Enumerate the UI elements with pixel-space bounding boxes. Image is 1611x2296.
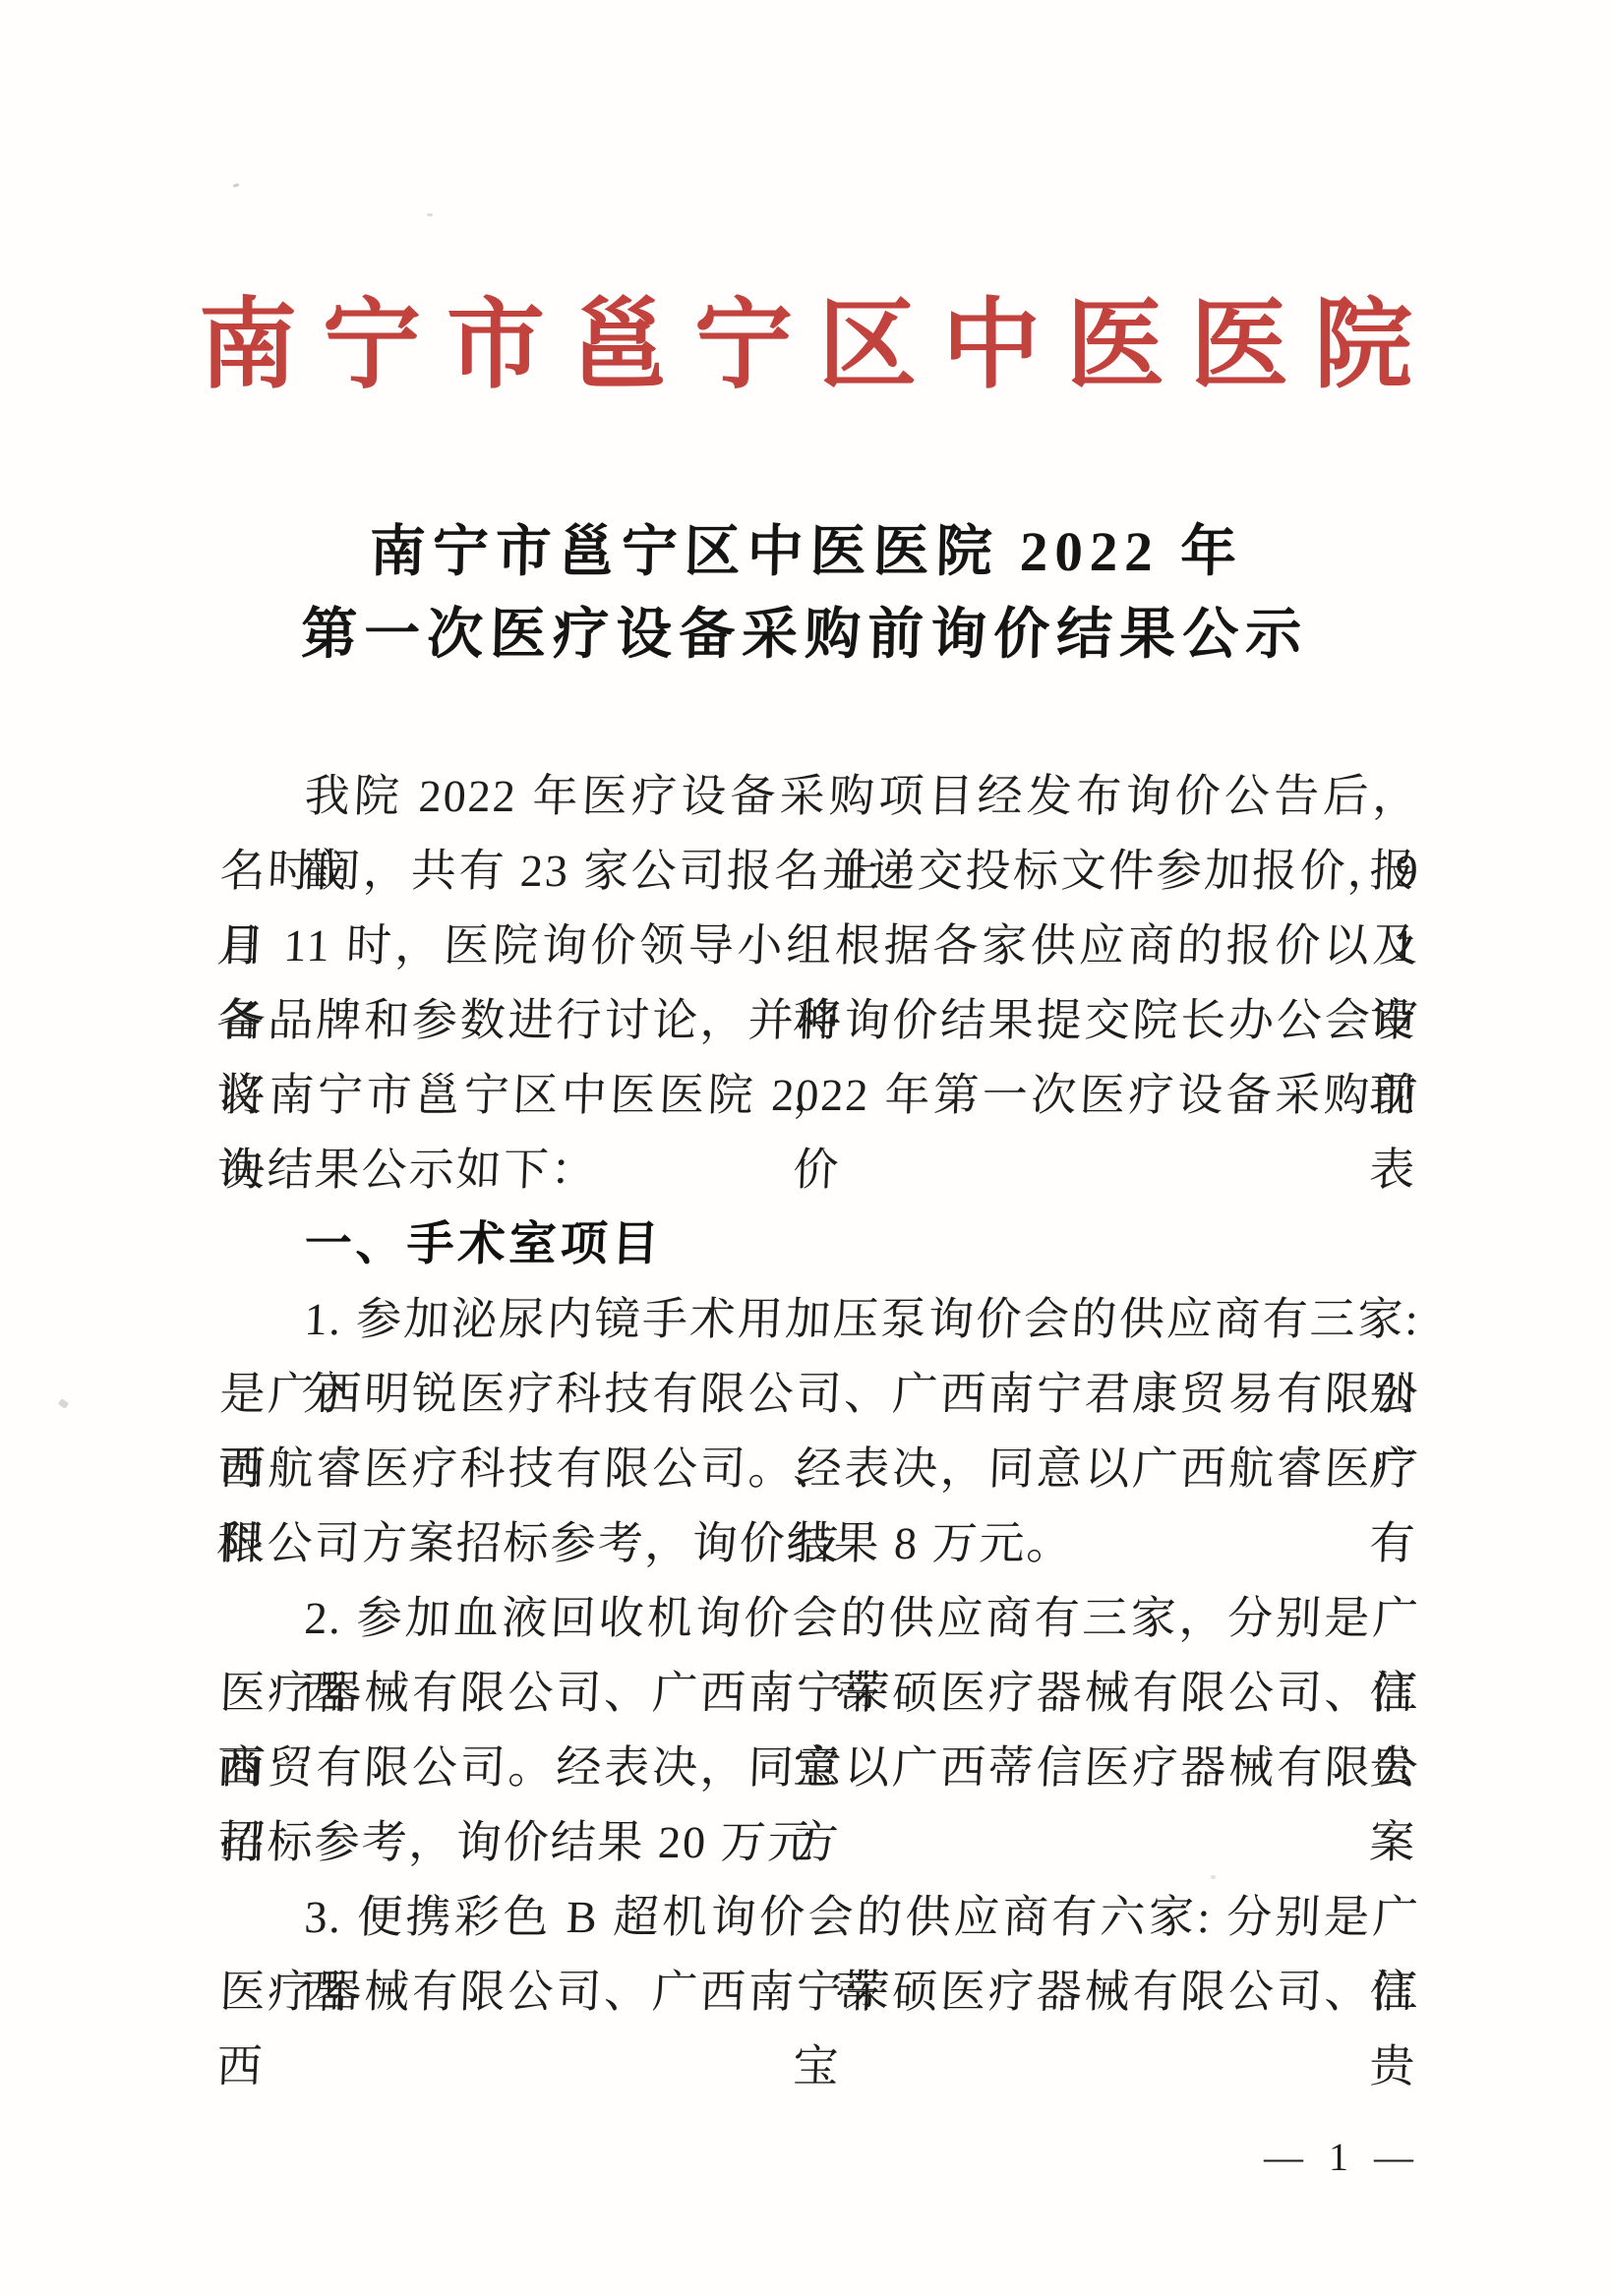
body-line: 名时间，共有 23 家公司报名并递交投标文件参加报价，9 月 1 [218,834,1421,909]
body-line: 是广西明锐医疗科技有限公司、广西南宁君康贸易有限公司、广 [218,1357,1421,1432]
page-number: — 1 — [1264,2136,1421,2179]
hospital-letterhead: 南宁市邕宁区中医医院 [0,291,1611,401]
body-line: 将南宁市邕宁区中医医院 2022 年第一次医疗设备采购前询价表 [218,1058,1421,1133]
body-line: 1. 参加泌尿内镜手术用加压泵询价会的供应商有三家: 分别 [218,1282,1421,1357]
scan-speck [233,183,240,188]
body-line: 决结果公示如下： [218,1133,1421,1207]
document-title-line2: 第一次医疗设备采购前询价结果公示 [0,594,1611,677]
body-line: 西航睿医疗科技有限公司。经表决，同意以广西航睿医疗科技有 [218,1432,1421,1506]
document-title-line1: 南宁市邕宁区中医医院 2022 年 [0,511,1611,594]
document-body: 我院 2022 年医疗设备采购项目经发布询价公告后，截止报 名时间，共有 23 … [218,759,1418,2030]
body-line: 限公司方案招标参考，询价结果 8 万元。 [218,1506,1421,1581]
scan-speck [427,213,433,217]
body-line: 3. 便携彩色 B 超机询价会的供应商有六家: 分别是广西蒂信 [218,1880,1421,1955]
body-line: 医疗器械有限公司、广西南宁荣硕医疗器械有限公司、江西宝贵 [218,1955,1421,2030]
body-line: 备品牌和参数进行讨论，并将询价结果提交院长办公会审议，现 [218,983,1421,1058]
body-line: 招标参考，询价结果 20 万元 [218,1805,1421,1880]
document-page: 南宁市邕宁区中医医院 南宁市邕宁区中医医院 2022 年 第一次医疗设备采购前询… [0,0,1611,2296]
document-title: 南宁市邕宁区中医医院 2022 年 第一次医疗设备采购前询价结果公示 [0,511,1611,677]
scan-speck [1211,1875,1216,1879]
scan-speck [58,1398,69,1409]
body-line: 2. 参加血液回收机询价会的供应商有三家，分别是广西蒂信 [218,1581,1421,1656]
body-line: 商贸有限公司。经表决，同意以广西蒂信医疗器械有限公司方案 [218,1731,1421,1805]
body-line: 医疗器械有限公司、广西南宁荣硕医疗器械有限公司、江西宝贵 [218,1656,1421,1731]
section-heading-operating-room: 一、手术室项目 [218,1207,1421,1282]
body-line: 我院 2022 年医疗设备采购项目经发布询价公告后，截止报 [218,759,1421,834]
body-line: 日 11 时，医院询价领导小组根据各家供应商的报价以及各种设 [218,909,1421,983]
